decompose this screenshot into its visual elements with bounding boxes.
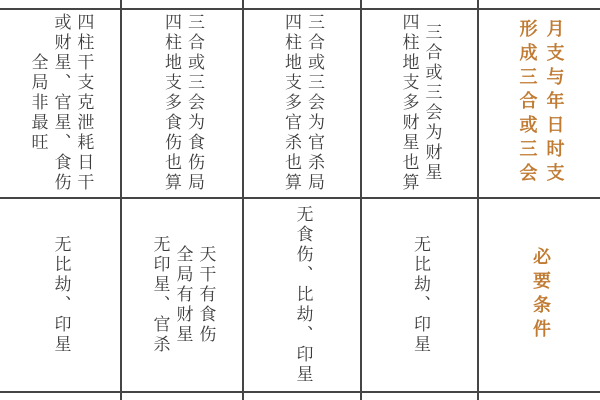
vertical-text-block: 无食伤、比劫、印星 <box>291 200 314 390</box>
vertical-text-block: 三合或三会为食伤局 四柱地支多食伤也算 <box>159 10 205 196</box>
table-cell-r1c4: 三合或三会为财星 四柱地支多财星也算 <box>362 10 477 196</box>
table-cell-r2c1: 无比劫、印星 <box>0 200 120 390</box>
text-line: 无印星、官杀 <box>148 200 171 390</box>
table-cell-r1c1: 四柱干支克泄耗日干 或财星、官星、食伤 全局非最旺 <box>0 10 120 196</box>
table-gridline-horizontal-middle <box>0 197 600 199</box>
text-line: 无食伤、比劫、印星 <box>291 200 314 390</box>
vertical-text-block: 三合或三会为官杀局 四柱地支多官杀也算 <box>279 10 325 196</box>
text-line: 三合或三会为财星 <box>420 10 443 196</box>
scanned-table-page: 四柱干支克泄耗日干 或财星、官星、食伤 全局非最旺 三合或三会为食伤局 四柱地支… <box>0 0 600 400</box>
text-line: 月支与年日时支 <box>541 10 568 196</box>
text-line: 或财星、官星、食伤 <box>49 10 72 196</box>
table-cell-r2c5-accent-header: 必要条件 <box>481 200 600 390</box>
table-cell-r2c2: 天干有食伤 全局有财星 无印星、官杀 <box>122 200 242 390</box>
text-line: 全局非最旺 <box>26 10 49 196</box>
vertical-text-block: 四柱干支克泄耗日干 或财星、官星、食伤 全局非最旺 <box>26 10 95 196</box>
table-cell-r1c2: 三合或三会为食伤局 四柱地支多食伤也算 <box>122 10 242 196</box>
table-cell-r1c5-accent-header: 月支与年日时支 形成三合或三会 <box>481 10 600 196</box>
table-cell-r2c3: 无食伤、比劫、印星 <box>244 200 360 390</box>
text-line: 四柱地支多财星也算 <box>397 10 420 196</box>
text-line: 四柱干支克泄耗日干 <box>71 10 94 196</box>
vertical-text-block: 无比劫、印星 <box>49 200 72 390</box>
vertical-text-block: 天干有食伤 全局有财星 无印星、官杀 <box>148 200 217 390</box>
vertical-text-block: 三合或三会为财星 四柱地支多财星也算 <box>397 10 443 196</box>
text-line: 天干有食伤 <box>193 200 216 390</box>
vertical-text-block: 必要条件 <box>527 200 554 390</box>
table-gridline-horizontal-bottom <box>0 391 600 393</box>
text-line: 无比劫、印星 <box>408 200 431 390</box>
vertical-text-block: 无比劫、印星 <box>408 200 431 390</box>
table-cell-r2c4: 无比劫、印星 <box>362 200 477 390</box>
table-cell-r1c3: 三合或三会为官杀局 四柱地支多官杀也算 <box>244 10 360 196</box>
text-line: 三合或三会为官杀局 <box>302 10 325 196</box>
table-gridline-vertical-4 <box>477 0 479 400</box>
text-line: 四柱地支多食伤也算 <box>159 10 182 196</box>
vertical-text-block: 月支与年日时支 形成三合或三会 <box>514 10 568 196</box>
text-line: 形成三合或三会 <box>514 10 541 196</box>
text-line: 必要条件 <box>527 200 554 390</box>
text-line: 四柱地支多官杀也算 <box>279 10 302 196</box>
text-line: 无比劫、印星 <box>49 200 72 390</box>
text-line: 三合或三会为食伤局 <box>182 10 205 196</box>
text-line: 全局有财星 <box>171 200 194 390</box>
